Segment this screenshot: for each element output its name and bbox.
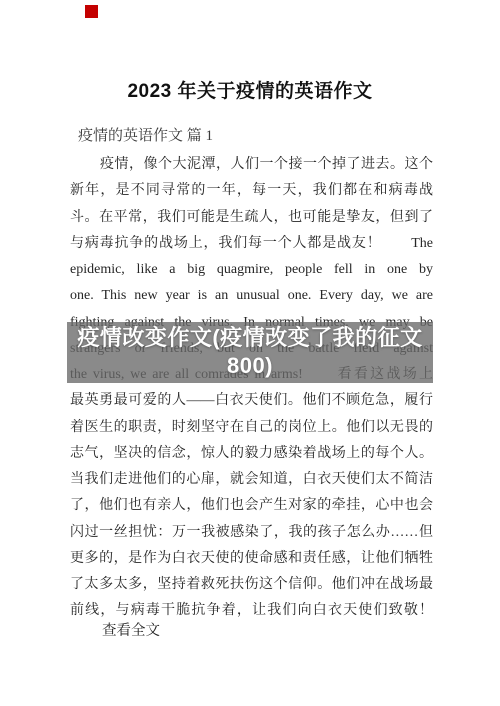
essay-text-line: 闪过一丝担忧：万一我被感染了，我的孩子怎么办……但 bbox=[70, 520, 433, 546]
essay-text-line: 了，他们也有亲人，他们也会产生对家的牵挂，心中也会 bbox=[70, 493, 433, 519]
view-full-text-link[interactable]: 查看全文 bbox=[102, 621, 160, 641]
essay-text-line: 了太多太多，坚持着救死扶伤这个信仰。他们冲在战场最 bbox=[70, 572, 433, 598]
overlay-ad-banner[interactable]: 疫情改变作文(疫情改变了我的征文 800) bbox=[67, 322, 433, 383]
essay-text-line: 志气，坚决的信念，惊人的毅力感染着战场上的每个人。 bbox=[70, 441, 433, 467]
essay-body: 疫情，像个大泥潭，人们一个接一个掉了进去。这个新年，是不同寻常的一年，每一天，我… bbox=[70, 152, 433, 625]
essay-text-line: one. This new year is an unusual one. Ev… bbox=[70, 283, 433, 309]
essay-text-line: 新年，是不同寻常的一年，每一天，我们都在和病毒战 bbox=[70, 178, 433, 204]
essay-text-line: 与病毒抗争的战场上，我们每一个人都是战友！ The bbox=[70, 231, 433, 257]
page-title: 2023 年关于疫情的英语作文 bbox=[0, 76, 500, 103]
essay-text-line: 疫情，像个大泥潭，人们一个接一个掉了进去。这个 bbox=[70, 152, 433, 178]
essay-text-line: 斗。在平常，我们可能是生疏人，也可能是挚友，但到了 bbox=[70, 205, 433, 231]
overlay-banner-title-line2: 800) bbox=[67, 352, 433, 380]
overlay-banner-title-line1: 疫情改变作文(疫情改变了我的征文 bbox=[67, 324, 433, 352]
red-marker-icon bbox=[85, 5, 98, 18]
document-page: 2023 年关于疫情的英语作文 疫情的英语作文 篇 1 疫情，像个大泥潭，人们一… bbox=[0, 0, 500, 706]
essay-text-line: epidemic, like a big quagmire, people fe… bbox=[70, 257, 433, 283]
essay-text-line: 着医生的职责，时刻坚守在自己的岗位上。他们以无畏的 bbox=[70, 415, 433, 441]
section-heading: 疫情的英语作文 篇 1 bbox=[78, 124, 213, 145]
essay-text-line: 当我们走进他们的心扉，就会知道，白衣天使们太不简洁 bbox=[70, 467, 433, 493]
essay-text-line: 最英勇最可爱的人——白衣天使们。他们不顾危急，履行 bbox=[70, 388, 433, 414]
essay-text-line: 更多的，是作为白衣天使的使命感和责任感，让他们牺牲 bbox=[70, 546, 433, 572]
